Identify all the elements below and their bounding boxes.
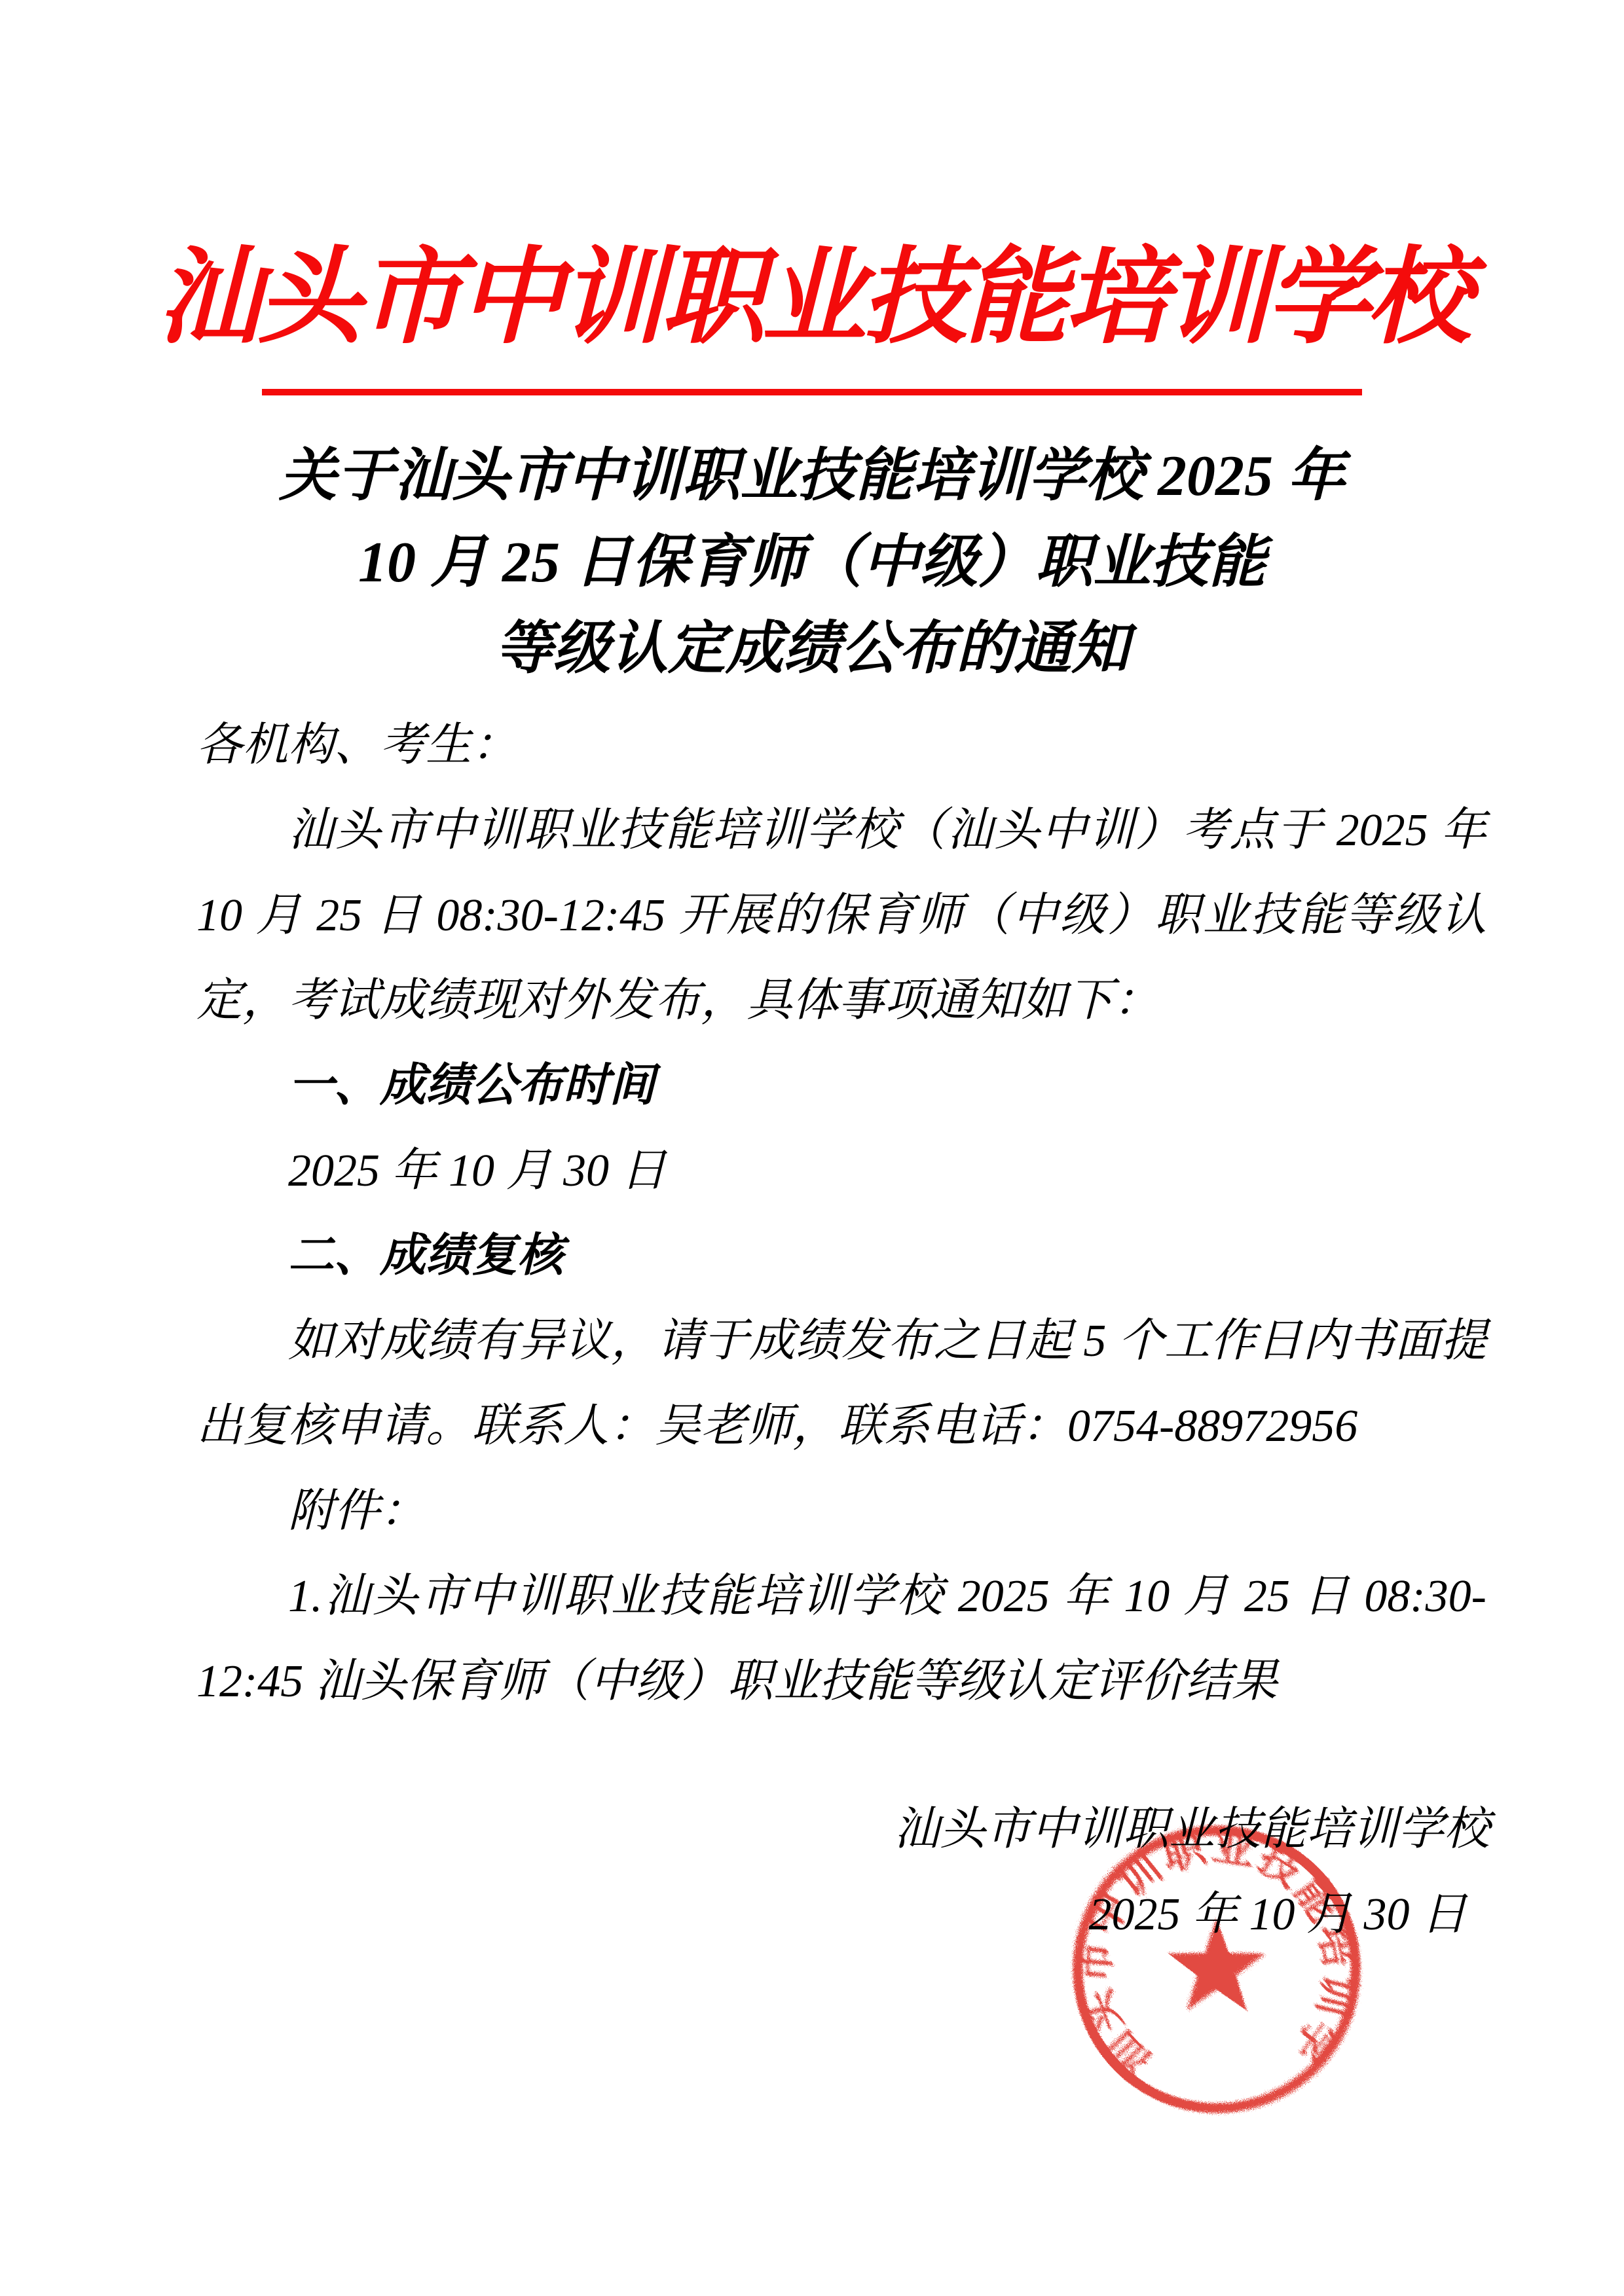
section-1-date: 2025 年 10 月 30 日 <box>196 1129 1486 1214</box>
notice-body: 各机构、考生： 汕头市中训职业技能培训学校（汕头中训）考点于 2025 年 10… <box>196 703 1486 1724</box>
attachments-label: 附件： <box>196 1469 1486 1554</box>
notice-title: 关于汕头市中训职业技能培训学校 2025 年 10 月 25 日保育师（中级）职… <box>0 433 1624 693</box>
notice-title-line-2: 10 月 25 日保育师（中级）职业技能 <box>0 520 1624 606</box>
notice-title-line-1: 关于汕头市中训职业技能培训学校 2025 年 <box>0 433 1624 520</box>
header-divider <box>262 389 1362 395</box>
salutation: 各机构、考生： <box>196 703 1486 788</box>
notice-page: 汕头市中训职业技能培训学校 汕头市中训职业技能培训学校 关于汕头市中训职业技能培… <box>0 0 1624 2296</box>
attachment-item-1: 1.汕头市中训职业技能培训学校 2025 年 10 月 25 日 08:30-1… <box>196 1554 1486 1724</box>
notice-title-line-3: 等级认定成绩公布的通知 <box>0 606 1624 693</box>
section-2-paragraph: 如对成绩有异议，请于成绩发布之日起 5 个工作日内书面提出复核申请。联系人：吴老… <box>196 1299 1486 1469</box>
signature-date: 2025 年 10 月 30 日 <box>0 1872 1624 1958</box>
signature-organization: 汕头市中训职业技能培训学校 <box>0 1787 1624 1872</box>
notice-intro-paragraph: 汕头市中训职业技能培训学校（汕头中训）考点于 2025 年 10 月 25 日 … <box>196 788 1486 1044</box>
section-2-heading: 二、成绩复核 <box>196 1214 1486 1299</box>
school-masthead-title: 汕头市中训职业技能培训学校 <box>0 0 1624 380</box>
section-1-heading: 一、成绩公布时间 <box>196 1044 1486 1129</box>
signature-block: 汕头市中训职业技能培训学校 2025 年 10 月 30 日 <box>0 1787 1624 1958</box>
